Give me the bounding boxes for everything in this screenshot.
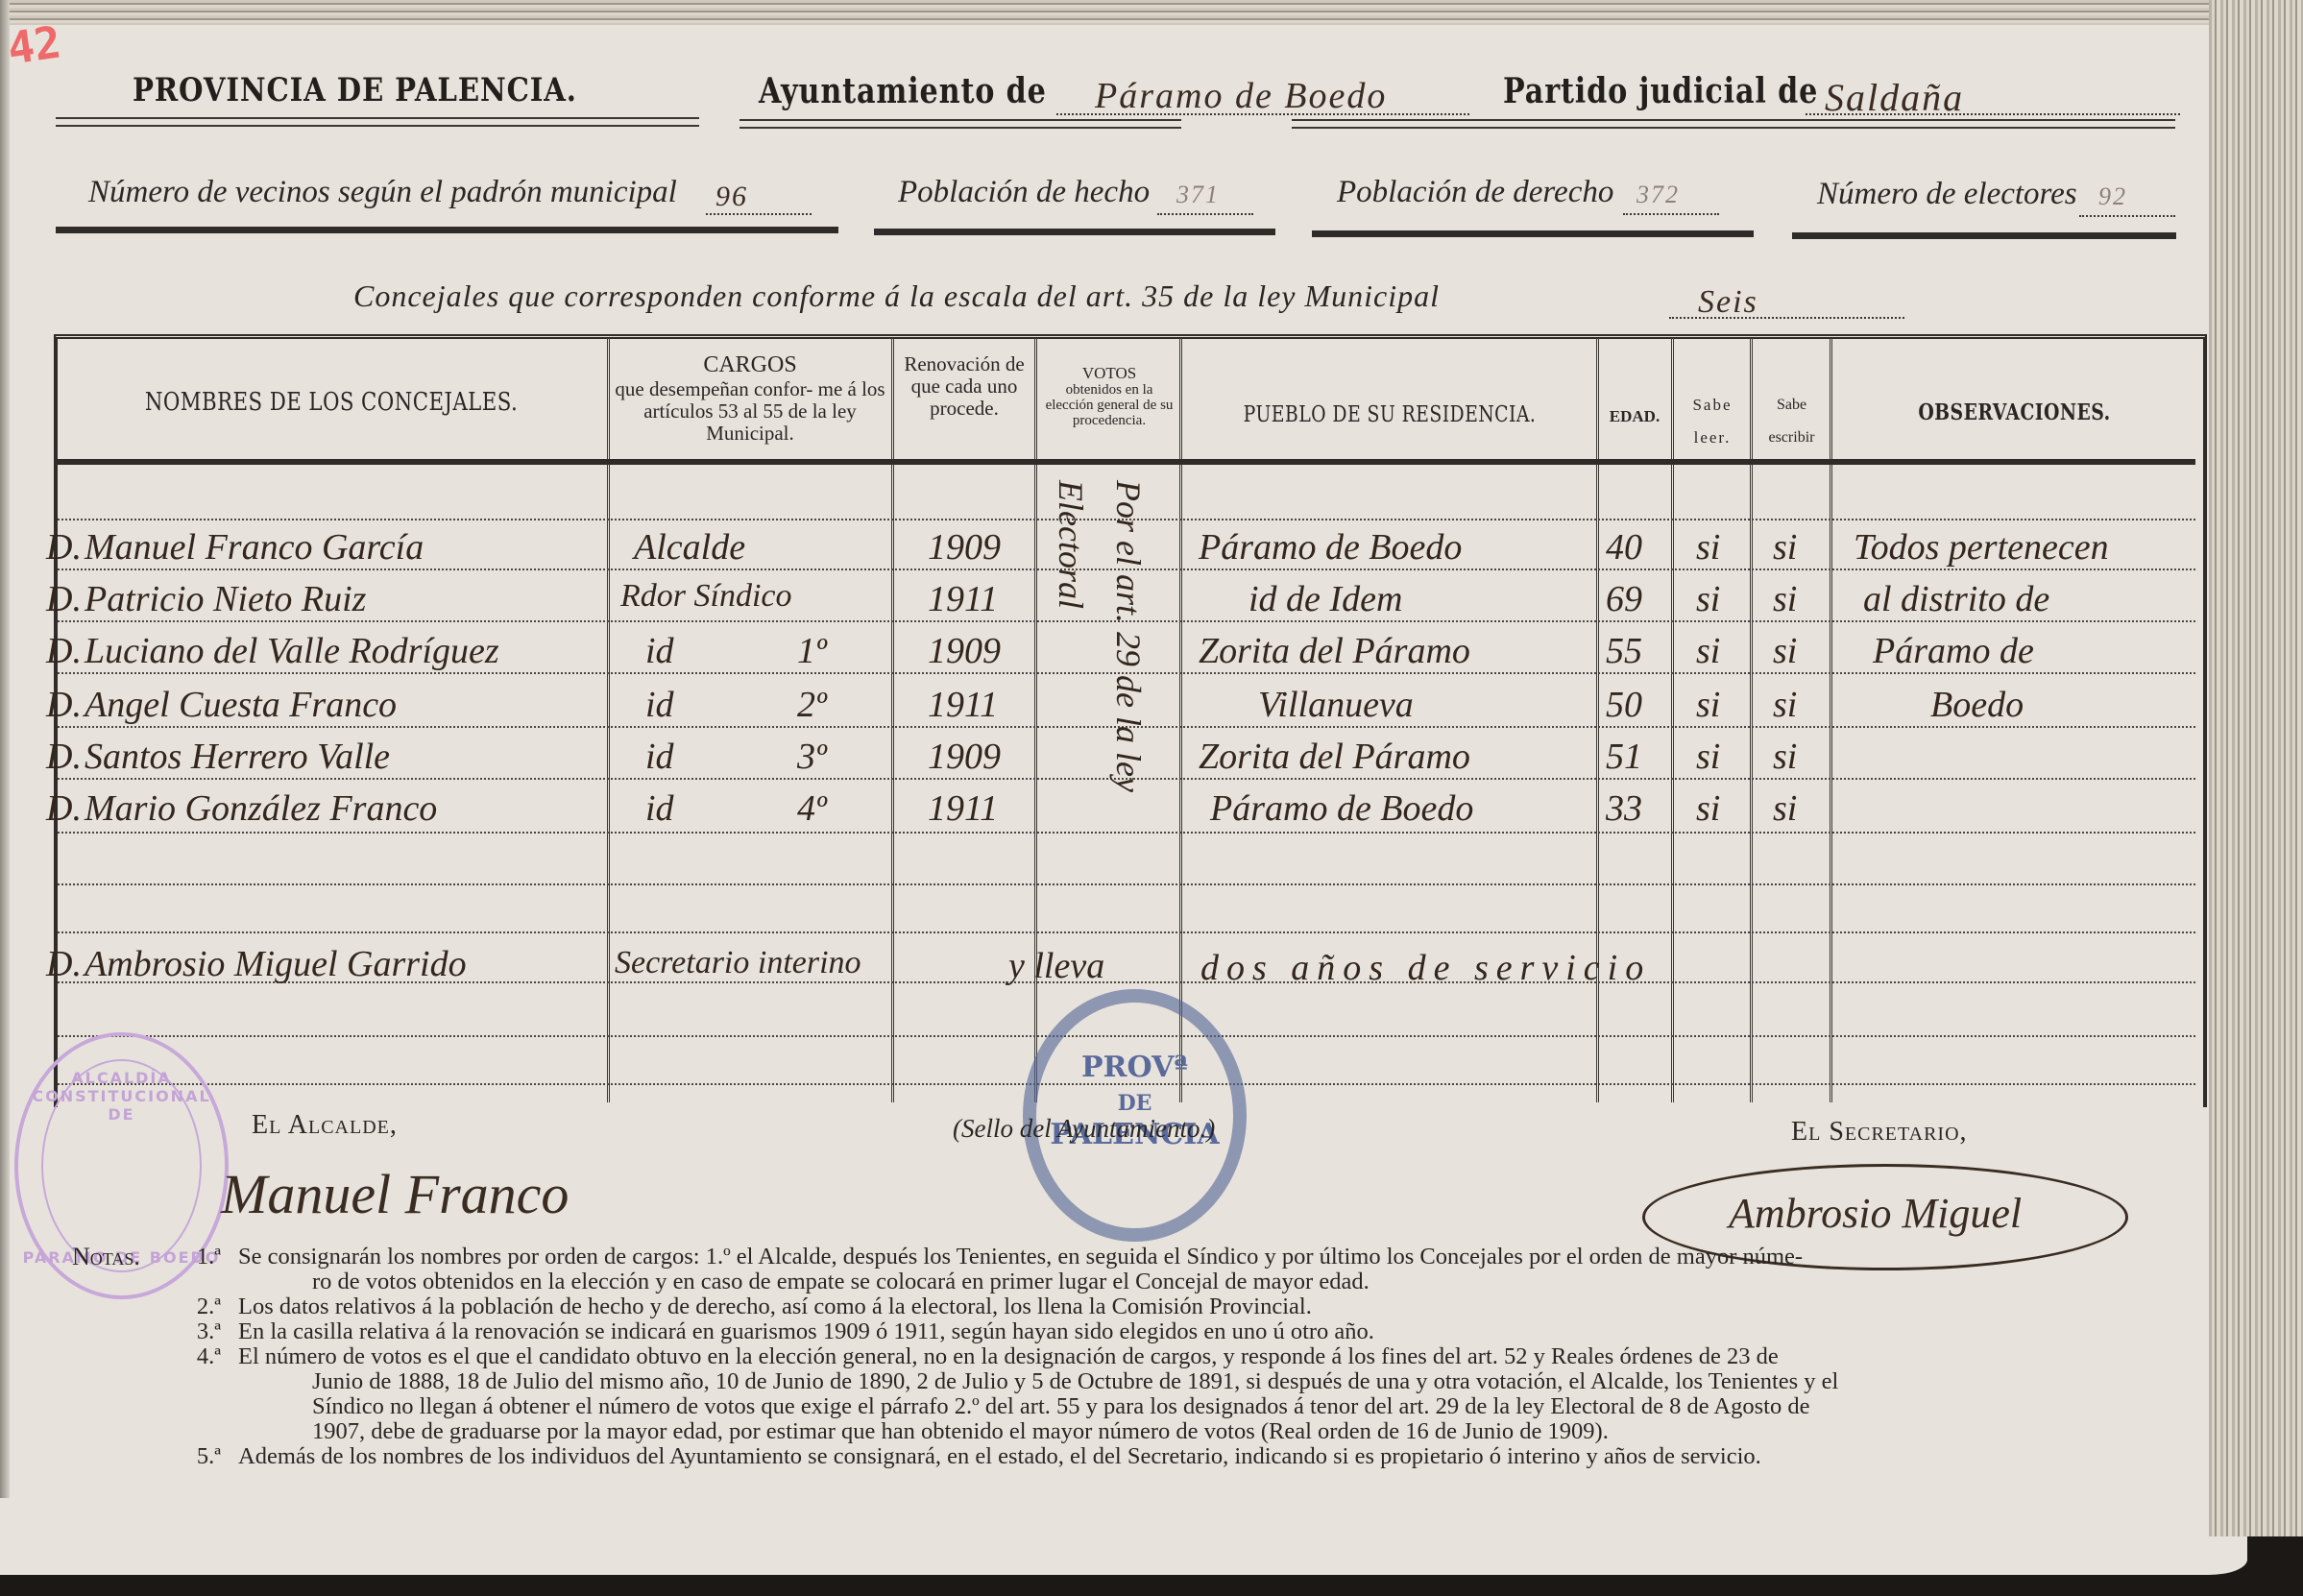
secretary-prefix: D. <box>46 943 82 985</box>
row-line <box>58 832 2195 834</box>
row-cargo: id <box>645 736 674 778</box>
row-name: Manuel Franco García <box>85 526 424 568</box>
row-renovacion: 1911 <box>928 684 998 726</box>
province-title: PROVINCIA DE PALENCIA. <box>133 71 577 109</box>
poblacion-derecho-label: Población de derecho <box>1337 175 1613 210</box>
column-divider <box>1179 338 1182 1102</box>
note-text: Además de los nombres de los individuos … <box>238 1444 2214 1469</box>
row-sabe-leer: si <box>1696 630 1720 672</box>
note-indent <box>72 1419 312 1444</box>
note-text: En la casilla relativa á la renovación s… <box>238 1319 2214 1344</box>
poblacion-derecho-value: 372 <box>1623 181 1680 208</box>
note-indent <box>72 1369 312 1394</box>
margin-pencil-mark: 42 <box>5 15 64 74</box>
row-cargo-num: 4º <box>797 787 827 830</box>
note-text: 1907, debe de graduarse por la mayor eda… <box>312 1419 2214 1444</box>
row-edad: 40 <box>1606 526 1642 568</box>
vecinos-label: Número de vecinos según el padrón munici… <box>88 175 677 210</box>
row-observaciones: Boedo <box>1930 684 2024 726</box>
book-top-edge <box>0 0 2303 25</box>
header-renovacion: Renovación de que cada uno procede. <box>897 353 1031 420</box>
row-prefix: D. <box>46 736 82 778</box>
concejales-value: Seis <box>1669 284 1758 320</box>
row-renovacion: 1909 <box>928 630 1001 672</box>
note-number: 4.ª <box>72 1344 238 1369</box>
row-edad: 69 <box>1606 578 1642 620</box>
seal-line-2: DE <box>1036 1091 1233 1116</box>
row-renovacion: 1911 <box>928 787 998 830</box>
row-sabe-escribir: si <box>1773 526 1797 568</box>
divider <box>739 119 1181 129</box>
electores-label: Número de electores <box>1817 177 2077 212</box>
row-cargo-num: 2º <box>797 684 827 726</box>
header-edad: EDAD. <box>1600 408 1669 425</box>
row-edad: 50 <box>1606 684 1642 726</box>
row-observaciones: Páramo de <box>1873 630 2034 672</box>
note-number: 2.ª <box>72 1294 238 1319</box>
divider <box>1312 230 1754 237</box>
row-renovacion: 1911 <box>928 578 998 620</box>
ayuntamiento-value: Páramo de Boedo <box>1056 76 1387 116</box>
seal-line-1: PROVª <box>1036 1051 1233 1084</box>
row-line <box>58 883 2195 885</box>
votos-vertical-note: Por el art. 29 de la ley Electoral <box>1042 480 1157 826</box>
column-divider <box>1830 338 1832 1102</box>
note-item-cont: Junio de 1888, 18 de Julio del mismo año… <box>72 1369 2214 1394</box>
divider <box>1792 232 2176 239</box>
sello-label: (Sello del Ayuntamiento.) <box>953 1114 1215 1144</box>
note-item: 2.ª Los datos relativos á la población d… <box>72 1294 2214 1319</box>
row-prefix: D. <box>46 787 82 830</box>
row-name: Luciano del Valle Rodríguez <box>85 630 499 672</box>
secretary-rest-2: dos años de servicio <box>1200 947 1651 989</box>
row-name: Angel Cuesta Franco <box>85 684 397 726</box>
row-sabe-escribir: si <box>1773 630 1797 672</box>
note-number: 3.ª <box>72 1319 238 1344</box>
electores-value: 92 <box>2079 182 2127 210</box>
header-votos-title: VOTOS <box>1041 365 1177 382</box>
alcalde-signature: Manuel Franco <box>221 1162 569 1226</box>
row-pueblo: Páramo de Boedo <box>1199 526 1462 568</box>
electores-field: 92 <box>2079 182 2175 217</box>
column-divider <box>607 338 610 1102</box>
secretary-cargo: Secretario interino <box>615 945 861 981</box>
notes-section: Notas. 1.ª Se consignarán los nombres po… <box>72 1245 2214 1469</box>
note-item: 3.ª En la casilla relativa á la renovaci… <box>72 1319 2214 1344</box>
header-rule <box>58 459 2195 465</box>
divider <box>56 227 838 233</box>
ayuntamiento-field: Páramo de Boedo <box>1056 75 1469 115</box>
row-cargo: id <box>645 684 674 726</box>
header-observaciones: OBSERVACIONES. <box>1867 401 2163 425</box>
header-nombres: NOMBRES DE LOS CONCEJALES. <box>107 389 555 416</box>
row-edad: 33 <box>1606 787 1642 830</box>
poblacion-derecho-field: 372 <box>1623 181 1719 215</box>
note-text: Los datos relativos á la población de he… <box>238 1294 2214 1319</box>
note-indent <box>72 1394 312 1419</box>
row-cargo-num: 1º <box>797 630 827 672</box>
row-edad: 55 <box>1606 630 1642 672</box>
partido-label: Partido judicial de <box>1503 71 1818 111</box>
row-sabe-escribir: si <box>1773 578 1797 620</box>
row-prefix: D. <box>46 526 82 568</box>
row-prefix: D. <box>46 684 82 726</box>
note-text: ro de votos obtenidos en la elección y e… <box>312 1270 2214 1294</box>
secretary-name: Ambrosio Miguel Garrido <box>85 943 467 985</box>
secretary-rest-1: y lleva <box>1008 945 1104 987</box>
column-divider <box>891 338 894 1102</box>
concejales-field: Seis <box>1669 284 1904 319</box>
row-sabe-escribir: si <box>1773 787 1797 830</box>
notes-heading: Notas. <box>72 1245 163 1270</box>
note-item: Notas. 1.ª Se consignarán los nombres po… <box>72 1245 2214 1270</box>
row-pueblo: id de Idem <box>1248 578 1402 620</box>
note-text: El número de votos es el que el candidat… <box>238 1344 2214 1369</box>
header-pueblo: PUEBLO DE SU RESIDENCIA. <box>1222 403 1557 427</box>
concejales-label: Concejales que corresponden conforme á l… <box>353 278 1440 314</box>
header-cargos-sub: que desempeñan confor- me á los artículo… <box>611 378 889 445</box>
note-item-cont: 1907, debe de graduarse por la mayor eda… <box>72 1419 2214 1444</box>
poblacion-hecho-label: Población de hecho <box>898 175 1150 210</box>
poblacion-hecho-field: 371 <box>1157 181 1253 215</box>
header-votos-sub: obtenidos en la elección general de su p… <box>1041 382 1177 428</box>
row-pueblo: Páramo de Boedo <box>1210 787 1473 830</box>
row-sabe-escribir: si <box>1773 684 1797 726</box>
row-line <box>58 931 2195 933</box>
row-pueblo: Villanueva <box>1258 684 1414 726</box>
row-sabe-leer: si <box>1696 787 1720 830</box>
row-renovacion: 1909 <box>928 736 1001 778</box>
row-pueblo: Zorita del Páramo <box>1199 630 1470 672</box>
book-left-edge <box>0 0 10 1498</box>
column-divider <box>1671 338 1674 1102</box>
partido-value: Saldaña <box>1806 76 1964 119</box>
note-text: Síndico no llegan á obtener el número de… <box>312 1394 2214 1419</box>
secretario-label: El Secretario, <box>1791 1117 1968 1148</box>
divider <box>1292 119 2175 129</box>
row-pueblo: Zorita del Páramo <box>1199 736 1470 778</box>
divider <box>56 117 699 127</box>
column-divider <box>1034 338 1037 1102</box>
note-item: 4.ª El número de votos es el que el cand… <box>72 1344 2214 1369</box>
row-prefix: D. <box>46 578 82 620</box>
row-sabe-escribir: si <box>1773 736 1797 778</box>
note-text: Junio de 1888, 18 de Julio del mismo año… <box>312 1369 2214 1394</box>
header-votos: VOTOS obtenidos en la elección general d… <box>1041 365 1177 428</box>
partido-field: Saldaña <box>1806 75 2180 115</box>
row-observaciones: al distrito de <box>1863 578 2049 620</box>
ayuntamiento-label: Ayuntamiento de <box>759 71 1047 111</box>
vecinos-value: 96 <box>706 181 748 212</box>
row-name: Patricio Nieto Ruiz <box>85 578 366 620</box>
book-page-edges <box>2209 0 2303 1536</box>
note-item-cont: Síndico no llegan á obtener el número de… <box>72 1394 2214 1419</box>
note-number: 1.ª <box>163 1245 238 1270</box>
note-text: Se consignarán los nombres por orden de … <box>238 1245 2214 1270</box>
row-cargo: id <box>645 630 674 672</box>
row-name: Mario González Franco <box>85 787 437 830</box>
note-indent <box>72 1270 312 1294</box>
row-sabe-leer: si <box>1696 526 1720 568</box>
vecinos-field: 96 <box>706 181 812 215</box>
header-sabe-escribir: Sabe escribir <box>1756 389 1828 454</box>
row-name: Santos Herrero Valle <box>85 736 390 778</box>
seal-top-text: ALCALDÍA CONSTITUCIONAL DE <box>18 1069 225 1124</box>
header-cargos-title: CARGOS <box>611 353 889 378</box>
column-divider <box>1750 338 1753 1102</box>
note-number: 5.ª <box>72 1444 238 1469</box>
alcalde-label: El Alcalde, <box>252 1110 398 1141</box>
header-cargos: CARGOS que desempeñan confor- me á los a… <box>611 353 889 445</box>
row-cargo: Rdor Síndico <box>620 578 791 615</box>
row-sabe-leer: si <box>1696 684 1720 726</box>
row-cargo: id <box>645 787 674 830</box>
note-item: 5.ª Además de los nombres de los individ… <box>72 1444 2214 1469</box>
row-cargo-num: 3º <box>797 736 827 778</box>
note-item-cont: ro de votos obtenidos en la elección y e… <box>72 1270 2214 1294</box>
row-prefix: D. <box>46 630 82 672</box>
row-edad: 51 <box>1606 736 1642 778</box>
row-sabe-leer: si <box>1696 578 1720 620</box>
row-sabe-leer: si <box>1696 736 1720 778</box>
header-sabe-leer: Sabe leer. <box>1677 389 1748 454</box>
row-renovacion: 1909 <box>928 526 1001 568</box>
poblacion-hecho-value: 371 <box>1157 181 1220 208</box>
row-observaciones: Todos pertenecen <box>1854 526 2109 568</box>
row-cargo: Alcalde <box>634 526 745 568</box>
divider <box>874 229 1275 235</box>
